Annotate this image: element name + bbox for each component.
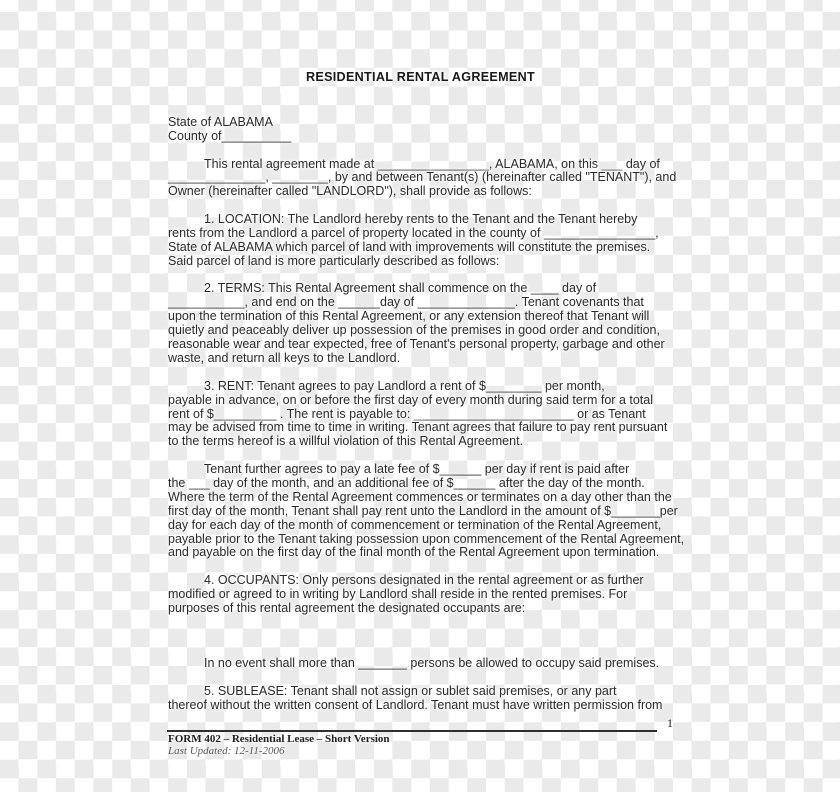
transparency-checkerboard-background: RESIDENTIAL RENTAL AGREEMENT State of AL… <box>0 0 840 792</box>
document-title: RESIDENTIAL RENTAL AGREEMENT <box>168 71 673 85</box>
page-number: 1 <box>168 717 673 730</box>
rent-paragraph: 3. RENT: Tenant agrees to pay Landlord a… <box>168 380 673 450</box>
late-fee-paragraph: Tenant further agrees to pay a late fee … <box>168 463 673 560</box>
intro-paragraph: This rental agreement made at __________… <box>168 158 673 200</box>
footer-form-number: FORM 402 – Residential Lease – Short Ver… <box>168 733 390 745</box>
sublease-paragraph: 5. SUBLEASE: Tenant shall not assign or … <box>168 685 673 713</box>
footer-last-updated: Last Updated: 12-11-2006 <box>168 745 285 757</box>
state-county-block: State of ALABAMA County of__________ <box>168 116 673 144</box>
occupants-paragraph: 4. OCCUPANTS: Only persons designated in… <box>168 574 673 616</box>
footer-divider <box>167 730 657 732</box>
document-page: RESIDENTIAL RENTAL AGREEMENT State of AL… <box>168 71 673 713</box>
occupancy-limit-line: In no event shall more than _______ pers… <box>168 657 673 671</box>
location-paragraph: 1. LOCATION: The Landlord hereby rents t… <box>168 213 673 269</box>
terms-paragraph: 2. TERMS: This Rental Agreement shall co… <box>168 282 673 365</box>
